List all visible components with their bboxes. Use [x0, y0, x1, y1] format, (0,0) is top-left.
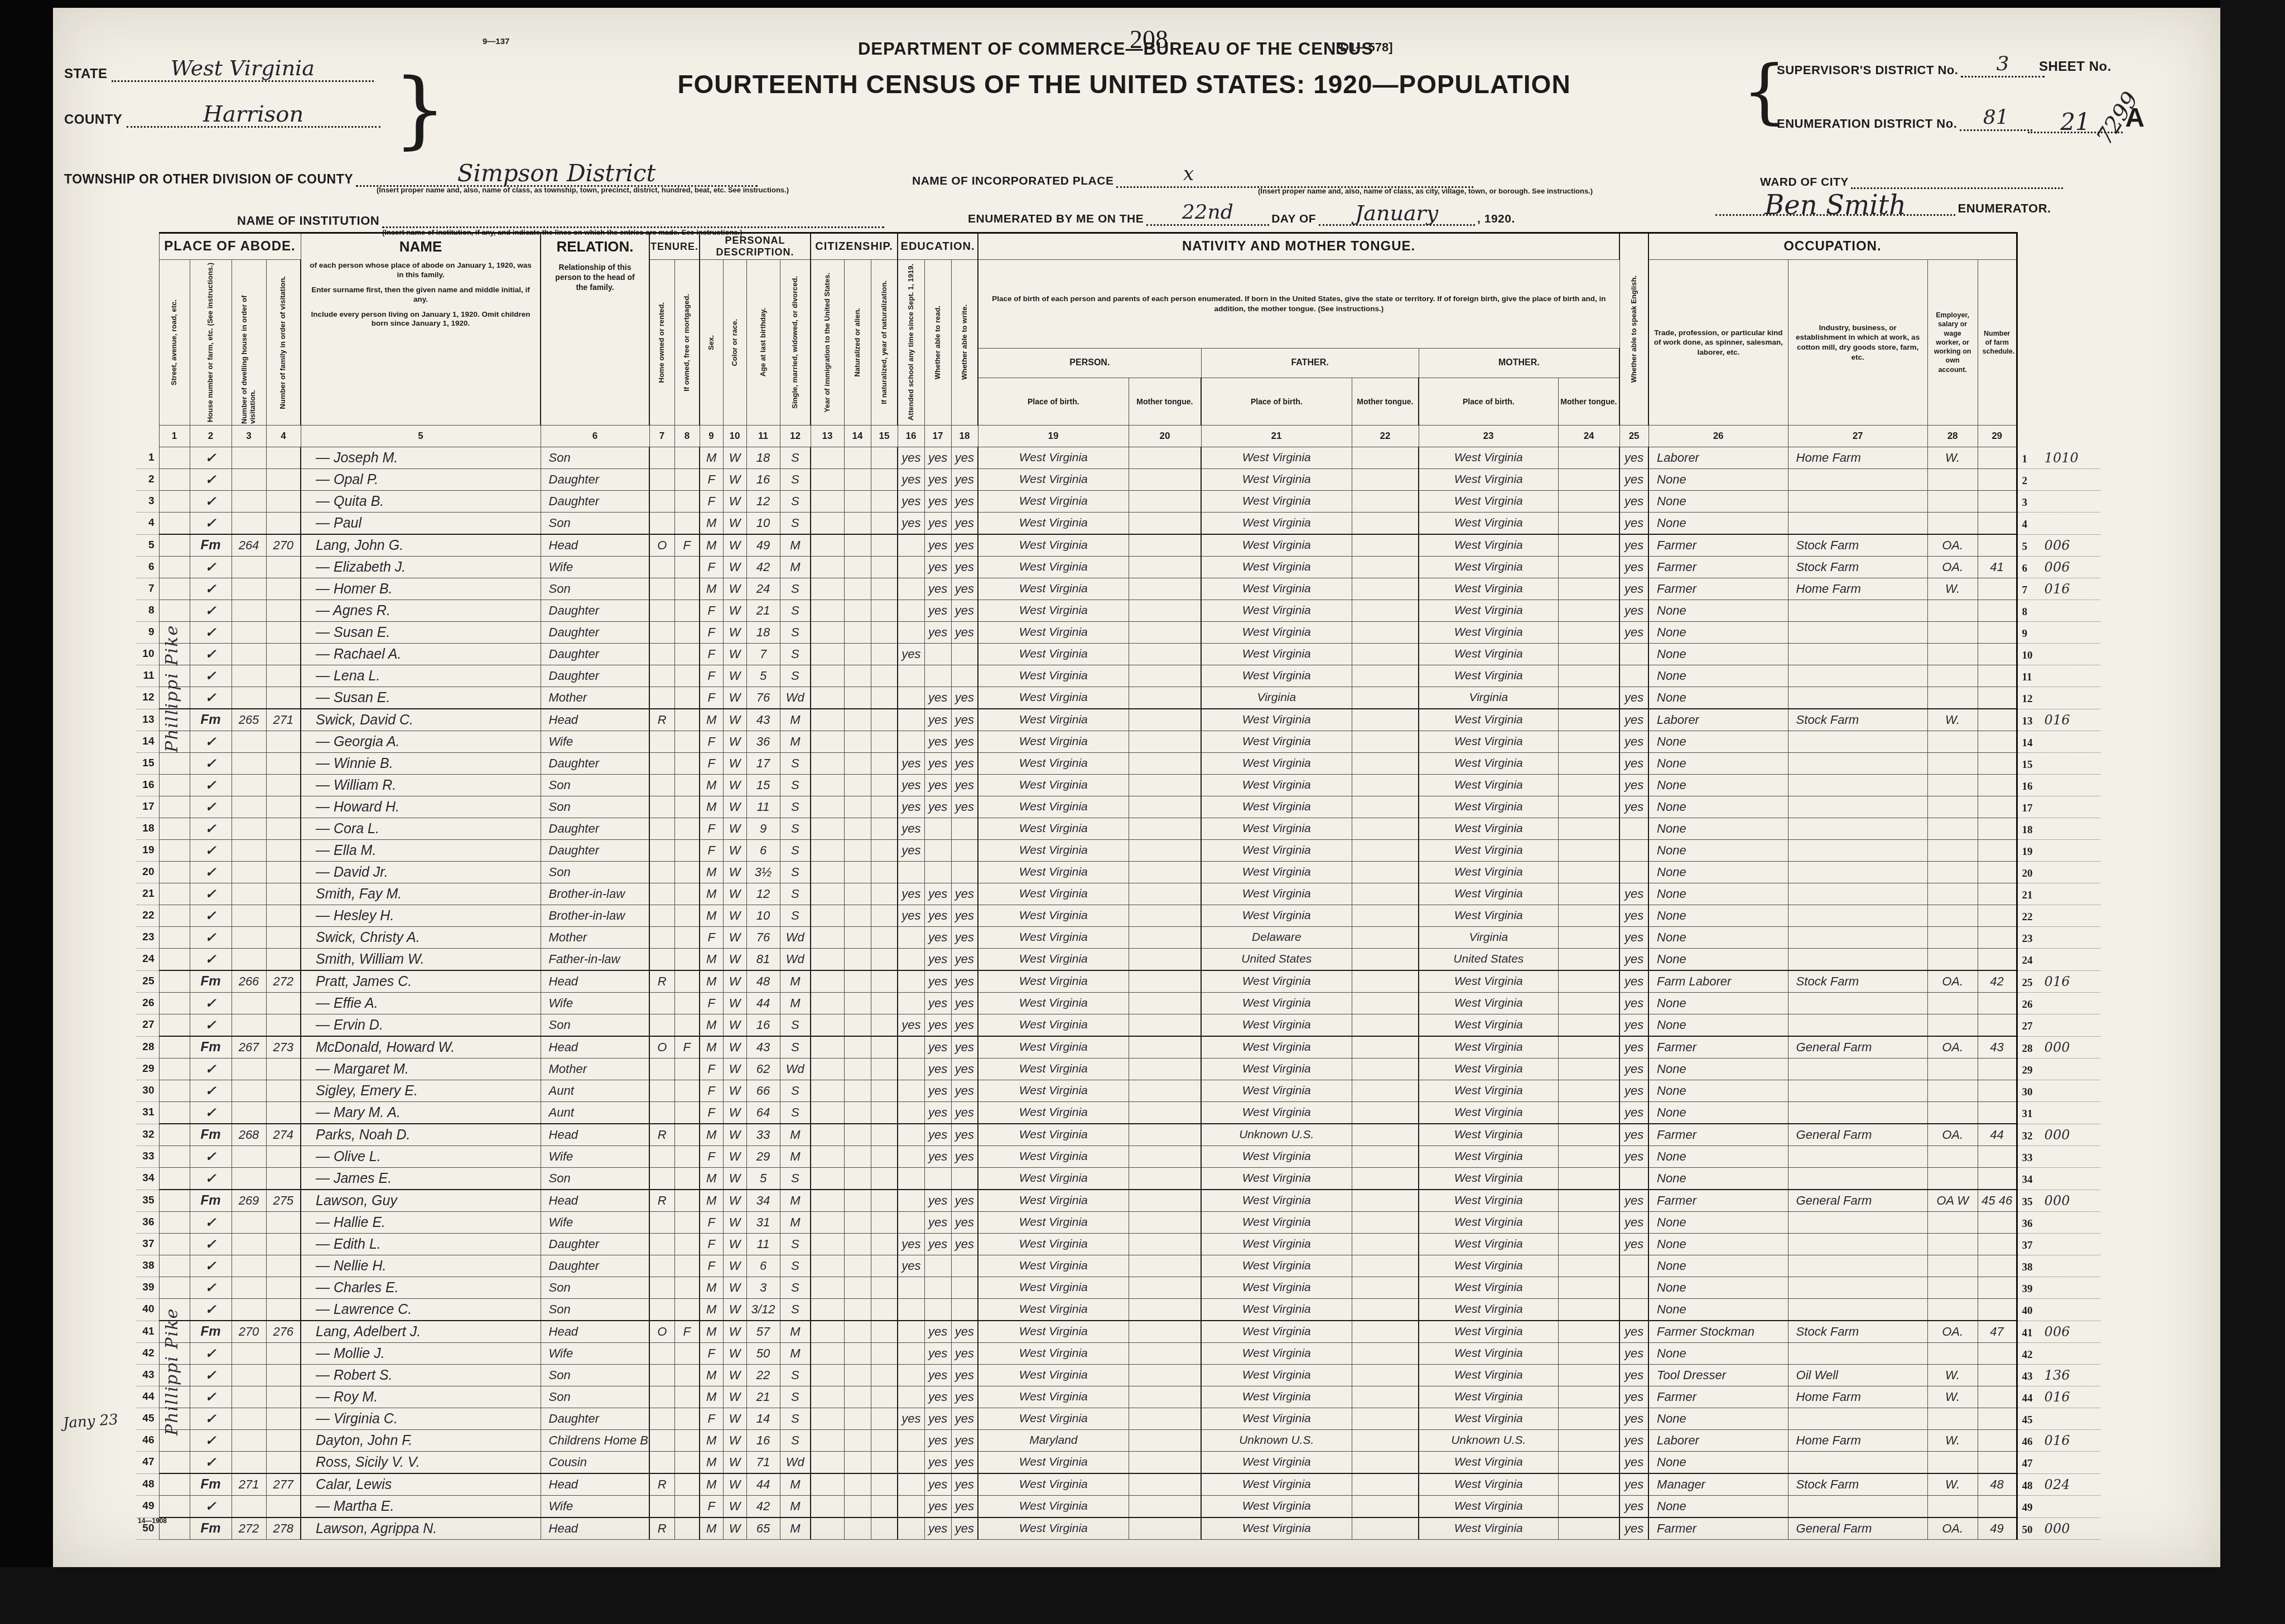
- cell: [1352, 687, 1419, 709]
- cell: F: [700, 644, 723, 665]
- enumerator-label: ENUMERATOR.: [1958, 201, 2051, 215]
- line-number-right: 31: [2018, 1108, 2045, 1120]
- cell: 44: [746, 993, 780, 1014]
- cell: [1129, 709, 1201, 731]
- cell: [159, 1496, 190, 1518]
- table-row: 35Fm269275Lawson, GuyHeadRMW34MyesyesWes…: [137, 1190, 2100, 1212]
- right-margin-cell: 18: [2017, 818, 2100, 840]
- line-number-left: 21: [137, 883, 159, 905]
- cell: [232, 600, 266, 622]
- cell: F: [700, 1408, 723, 1430]
- cell: ✓: [190, 862, 232, 883]
- cell: [1129, 644, 1201, 665]
- cell: [898, 862, 924, 883]
- cell: [1129, 1365, 1201, 1386]
- cell: [1558, 1124, 1619, 1146]
- right-margin-cell: 6006: [2017, 557, 2100, 578]
- cell: [1558, 840, 1619, 862]
- cell: West Virginia: [1419, 1299, 1558, 1321]
- cell: [1927, 731, 1978, 753]
- cell: S: [780, 469, 811, 491]
- cell: M: [700, 578, 723, 600]
- cell: yes: [951, 447, 978, 469]
- cell: yes: [951, 905, 978, 927]
- cell: West Virginia: [978, 1102, 1129, 1124]
- cell: yes: [924, 513, 951, 535]
- cell: [844, 1408, 871, 1430]
- cell: OA.: [1927, 534, 1978, 557]
- cell: [1129, 883, 1201, 905]
- cell: [159, 993, 190, 1014]
- cell: [232, 949, 266, 971]
- cell: M: [780, 534, 811, 557]
- cell: ✓: [190, 818, 232, 840]
- cell: — Howard H.: [301, 796, 541, 818]
- line-number-left: 48: [137, 1473, 159, 1496]
- cell: [649, 1452, 674, 1474]
- margin-annotation: 136: [2045, 1367, 2070, 1383]
- cell: [811, 1124, 844, 1146]
- cell: [1978, 1277, 2017, 1299]
- cell: 268: [232, 1124, 266, 1146]
- line-number-left: 10: [137, 644, 159, 665]
- cell: yes: [924, 949, 951, 971]
- cell: [844, 753, 871, 775]
- cell: — James E.: [301, 1168, 541, 1190]
- cell: — Homer B.: [301, 578, 541, 600]
- cell: [871, 1343, 898, 1365]
- cell: [924, 665, 951, 687]
- enumerated-day: 22nd: [1182, 201, 1233, 224]
- cell: [266, 513, 301, 535]
- margin-annotation: 016: [2045, 712, 2070, 728]
- cell: [1788, 1277, 1927, 1299]
- cell: [1129, 1080, 1201, 1102]
- cell: [871, 1234, 898, 1255]
- cell: West Virginia: [978, 775, 1129, 796]
- cell: Calar, Lewis: [301, 1473, 541, 1496]
- column-number: 27: [1788, 426, 1927, 447]
- cell: Home Farm: [1788, 1430, 1927, 1452]
- cell: Fm: [190, 1321, 232, 1343]
- cell: [159, 447, 190, 469]
- cell: None: [1648, 796, 1788, 818]
- cell: [844, 665, 871, 687]
- ward-label: WARD OF CITY: [1760, 176, 1849, 188]
- cell: yes: [924, 1234, 951, 1255]
- cell: Mother: [541, 687, 649, 709]
- column-number: 18: [951, 426, 978, 447]
- cell: None: [1648, 600, 1788, 622]
- cell: [232, 1234, 266, 1255]
- cell: 269: [232, 1190, 266, 1212]
- cell: West Virginia: [1201, 1036, 1352, 1058]
- cell: 43: [746, 1036, 780, 1058]
- cell: yes: [1619, 1321, 1648, 1343]
- cell: [266, 687, 301, 709]
- col-read-head: Whether able to read.: [924, 260, 951, 426]
- cell: West Virginia: [978, 927, 1129, 949]
- cell: [1352, 1517, 1419, 1540]
- cell: yes: [924, 993, 951, 1014]
- cell: [1352, 1058, 1419, 1080]
- cell: [898, 731, 924, 753]
- cell: [649, 753, 674, 775]
- line-number-right: 3: [2018, 497, 2045, 509]
- father-pob-head: Place of birth.: [1201, 378, 1352, 426]
- cell: yes: [924, 1365, 951, 1386]
- cell: [674, 600, 700, 622]
- cell: West Virginia: [978, 1058, 1129, 1080]
- cell: W: [723, 491, 746, 513]
- line-number-right: 40: [2018, 1305, 2045, 1317]
- cell: [674, 709, 700, 731]
- cell: [1927, 1146, 1978, 1168]
- cell: W: [723, 775, 746, 796]
- cell: [1352, 600, 1419, 622]
- cell: 22: [746, 1365, 780, 1386]
- cell: yes: [951, 1452, 978, 1474]
- cell: [1129, 1124, 1201, 1146]
- cell: [1352, 622, 1419, 644]
- cell: [898, 665, 924, 687]
- cell: West Virginia: [1201, 578, 1352, 600]
- cell: — Cora L.: [301, 818, 541, 840]
- cell: [811, 513, 844, 535]
- cell: West Virginia: [1419, 1058, 1558, 1080]
- cell: Head: [541, 709, 649, 731]
- line-number-left: 13: [137, 709, 159, 731]
- cell: West Virginia: [1419, 665, 1558, 687]
- cell: W: [723, 1102, 746, 1124]
- cell: yes: [951, 1146, 978, 1168]
- cell: West Virginia: [978, 600, 1129, 622]
- line-number-left: 39: [137, 1277, 159, 1299]
- cell: Son: [541, 796, 649, 818]
- cell: ✓: [190, 883, 232, 905]
- cell: W.: [1927, 709, 1978, 731]
- cell: [1129, 796, 1201, 818]
- cell: [1558, 731, 1619, 753]
- cell: [674, 862, 700, 883]
- supervisor-label: SUPERVISOR'S DISTRICT No.: [1777, 63, 1958, 77]
- cell: [1129, 1430, 1201, 1452]
- cell: [898, 1124, 924, 1146]
- margin-annotation: 016: [2045, 974, 2070, 989]
- cell: [811, 1452, 844, 1474]
- cell: yes: [924, 557, 951, 578]
- relation-instruction: Relationship of this person to the head …: [550, 262, 640, 293]
- cell: [1129, 687, 1201, 709]
- cell: West Virginia: [1201, 665, 1352, 687]
- cell: S: [780, 447, 811, 469]
- line-number-right: 7: [2018, 584, 2045, 597]
- cell: 7: [746, 644, 780, 665]
- cell: Dayton, John F.: [301, 1430, 541, 1452]
- cell: West Virginia: [978, 993, 1129, 1014]
- cell: M: [700, 862, 723, 883]
- cell: 14: [746, 1408, 780, 1430]
- right-margin-cell: 35000: [2017, 1190, 2100, 1212]
- cell: Oil Well: [1788, 1365, 1927, 1386]
- line-number-right: 35: [2018, 1196, 2045, 1209]
- cell: F: [700, 1343, 723, 1365]
- cell: yes: [951, 578, 978, 600]
- line-number-left: 29: [137, 1058, 159, 1080]
- cell: — Georgia A.: [301, 731, 541, 753]
- cell: [951, 818, 978, 840]
- cell: [1129, 469, 1201, 491]
- cell: [674, 1277, 700, 1299]
- cell: [811, 1080, 844, 1102]
- right-margin-cell: 27: [2017, 1014, 2100, 1037]
- cell: Lawson, Agrippa N.: [301, 1517, 541, 1540]
- cell: [674, 1234, 700, 1255]
- table-row: 23✓Swick, Christy A.MotherFW76WdyesyesWe…: [137, 927, 2100, 949]
- cell: M: [780, 557, 811, 578]
- cell: M: [700, 1386, 723, 1408]
- cell: Farmer: [1648, 578, 1788, 600]
- cell: yes: [924, 600, 951, 622]
- line-number-left: 8: [137, 600, 159, 622]
- cell: West Virginia: [978, 469, 1129, 491]
- right-margin-cell: 37: [2017, 1234, 2100, 1255]
- cell: West Virginia: [1419, 513, 1558, 535]
- cell: yes: [924, 709, 951, 731]
- cell: W: [723, 665, 746, 687]
- line-number-left: 44: [137, 1386, 159, 1408]
- cell: 6: [746, 840, 780, 862]
- line-number-left: 37: [137, 1234, 159, 1255]
- cell: [811, 1255, 844, 1277]
- township-label: TOWNSHIP OR OTHER DIVISION OF COUNTY: [64, 172, 353, 186]
- cell: [1978, 1234, 2017, 1255]
- cell: [649, 1014, 674, 1037]
- table-row: 18✓— Cora L.DaughterFW9SyesWest Virginia…: [137, 818, 2100, 840]
- cell: West Virginia: [978, 1255, 1129, 1277]
- cell: West Virginia: [978, 687, 1129, 709]
- table-row: 47✓Ross, Sicily V. V.CousinMW71WdyesyesW…: [137, 1452, 2100, 1474]
- cell: [159, 970, 190, 993]
- cell: W: [723, 513, 746, 535]
- cell: West Virginia: [1201, 731, 1352, 753]
- line-number-right: 8: [2018, 606, 2045, 618]
- cell: West Virginia: [1419, 1102, 1558, 1124]
- line-number-left: 19: [137, 840, 159, 862]
- cell: [1129, 775, 1201, 796]
- cell: [1129, 1212, 1201, 1234]
- cell: [1927, 949, 1978, 971]
- line-number-right: 19: [2018, 846, 2045, 858]
- cell: McDonald, Howard W.: [301, 1036, 541, 1058]
- cell: [232, 1386, 266, 1408]
- cell: [844, 949, 871, 971]
- cell: Ross, Sicily V. V.: [301, 1452, 541, 1474]
- cell: — Paul: [301, 513, 541, 535]
- column-number: 12: [780, 426, 811, 447]
- cell: Wd: [780, 1058, 811, 1080]
- cell: yes: [1619, 993, 1648, 1014]
- cell: [1788, 600, 1927, 622]
- cell: [844, 578, 871, 600]
- cell: Stock Farm: [1788, 1321, 1927, 1343]
- enumerated-year: , 1920.: [1477, 212, 1515, 225]
- cell: [844, 491, 871, 513]
- cell: [649, 1058, 674, 1080]
- col-color-head: Color or race.: [723, 260, 746, 426]
- cell: S: [780, 862, 811, 883]
- cell: Daughter: [541, 818, 649, 840]
- cell: yes: [951, 1036, 978, 1058]
- line-number-right: 44: [2018, 1393, 2045, 1405]
- cell: yes: [1619, 1190, 1648, 1212]
- line-number-left: 31: [137, 1102, 159, 1124]
- cell: OA.: [1927, 557, 1978, 578]
- cell: yes: [1619, 557, 1648, 578]
- cell: [1129, 862, 1201, 883]
- cell: 5: [746, 1168, 780, 1190]
- cell: [811, 1277, 844, 1299]
- cell: None: [1648, 949, 1788, 971]
- cell: West Virginia: [978, 840, 1129, 862]
- cell: West Virginia: [978, 1234, 1129, 1255]
- cell: — Elizabeth J.: [301, 557, 541, 578]
- cell: West Virginia: [978, 818, 1129, 840]
- cell: West Virginia: [1419, 1343, 1558, 1365]
- line-number-right: 45: [2018, 1414, 2045, 1427]
- cell: [844, 1080, 871, 1102]
- cell: [674, 1430, 700, 1452]
- nativity-note: Place of birth of each person and parent…: [978, 260, 1619, 349]
- cell: West Virginia: [978, 731, 1129, 753]
- father-subhead: FATHER.: [1201, 349, 1419, 378]
- column-number: 5: [301, 426, 541, 447]
- cell: W: [723, 1473, 746, 1496]
- cell: [232, 687, 266, 709]
- cell: [232, 927, 266, 949]
- cell: [159, 818, 190, 840]
- cell: [871, 1473, 898, 1496]
- cell: [1558, 905, 1619, 927]
- page-title: FOURTEENTH CENSUS OF THE UNITED STATES: …: [622, 69, 1626, 99]
- cell: 48: [1978, 1473, 2017, 1496]
- line-number-left: 43: [137, 1365, 159, 1386]
- cell: [1558, 622, 1619, 644]
- cell: yes: [924, 1386, 951, 1408]
- cell: S: [780, 1080, 811, 1102]
- cell: Lang, Adelbert J.: [301, 1321, 541, 1343]
- cell: [898, 1517, 924, 1540]
- cell: [674, 818, 700, 840]
- cell: [649, 622, 674, 644]
- cell: [159, 1473, 190, 1496]
- cell: ✓: [190, 1212, 232, 1234]
- cell: [159, 1036, 190, 1058]
- cell: [1788, 1496, 1927, 1518]
- cell: yes: [924, 1102, 951, 1124]
- line-number-left: 4: [137, 513, 159, 535]
- cell: yes: [924, 1212, 951, 1234]
- cell: [1129, 753, 1201, 775]
- cell: [1129, 557, 1201, 578]
- cell: [811, 1058, 844, 1080]
- cell: [811, 1430, 844, 1452]
- cell: [898, 1277, 924, 1299]
- table-row: 38✓— Nellie H.DaughterFW6SyesWest Virgin…: [137, 1255, 2100, 1277]
- margin-annotation: 000: [2045, 1040, 2070, 1055]
- cell: yes: [924, 1517, 951, 1540]
- cell: Farmer: [1648, 1386, 1788, 1408]
- table-row: 41Fm270276Lang, Adelbert J.HeadOFMW57Mye…: [137, 1321, 2100, 1343]
- cell: [266, 447, 301, 469]
- right-margin-cell: 22: [2017, 905, 2100, 927]
- cell: S: [780, 1299, 811, 1321]
- cell: — Quita B.: [301, 491, 541, 513]
- table-row: 14✓— Georgia A.WifeFW36MyesyesWest Virgi…: [137, 731, 2100, 753]
- cell: West Virginia: [1201, 775, 1352, 796]
- cell: 21: [746, 600, 780, 622]
- cell: [844, 1277, 871, 1299]
- cell: yes: [951, 731, 978, 753]
- cell: [1788, 1146, 1927, 1168]
- cell: Father-in-law: [541, 949, 649, 971]
- cell: West Virginia: [1201, 557, 1352, 578]
- cell: yes: [1619, 600, 1648, 622]
- cell: [1978, 1014, 2017, 1037]
- line-number-left: 42: [137, 1343, 159, 1365]
- cell: [1978, 796, 2017, 818]
- column-number: 14: [844, 426, 871, 447]
- right-margin-cell: 38: [2017, 1255, 2100, 1277]
- cell: S: [780, 665, 811, 687]
- column-number: 25: [1619, 426, 1648, 447]
- line-number-left: 20: [137, 862, 159, 883]
- cell: Stock Farm: [1788, 534, 1927, 557]
- cell: S: [780, 1234, 811, 1255]
- right-margin-cell: 29: [2017, 1058, 2100, 1080]
- census-page: 9—137 DEPARTMENT OF COMMERCE—BUREAU OF T…: [53, 8, 2220, 1567]
- cell: [1558, 1452, 1619, 1474]
- cell: [871, 513, 898, 535]
- column-number: 24: [1558, 426, 1619, 447]
- cell: W: [723, 1496, 746, 1518]
- col-write-head: Whether able to write.: [951, 260, 978, 426]
- cell: S: [780, 1430, 811, 1452]
- cell: [649, 1146, 674, 1168]
- cell: ✓: [190, 557, 232, 578]
- table-row: 9✓— Susan E.DaughterFW18SyesyesWest Virg…: [137, 622, 2100, 644]
- cell: [649, 1277, 674, 1299]
- cell: ✓: [190, 753, 232, 775]
- cell: West Virginia: [1419, 970, 1558, 993]
- cell: United States: [1201, 949, 1352, 971]
- cell: F: [700, 993, 723, 1014]
- cell: None: [1648, 1014, 1788, 1037]
- line-number-right: 13: [2018, 716, 2045, 728]
- scan-edge-right: [2220, 0, 2285, 1624]
- table-body: 1✓— Joseph M.SonMW18SyesyesyesWest Virgi…: [137, 447, 2100, 1540]
- cell: yes: [951, 622, 978, 644]
- column-number: 23: [1419, 426, 1558, 447]
- cell: [1352, 1277, 1419, 1299]
- cell: Daughter: [541, 1234, 649, 1255]
- line-number-right: 6: [2018, 563, 2045, 575]
- cell: [951, 644, 978, 665]
- cell: [871, 905, 898, 927]
- cell: S: [780, 622, 811, 644]
- cell: yes: [898, 753, 924, 775]
- cell: Mother: [541, 1058, 649, 1080]
